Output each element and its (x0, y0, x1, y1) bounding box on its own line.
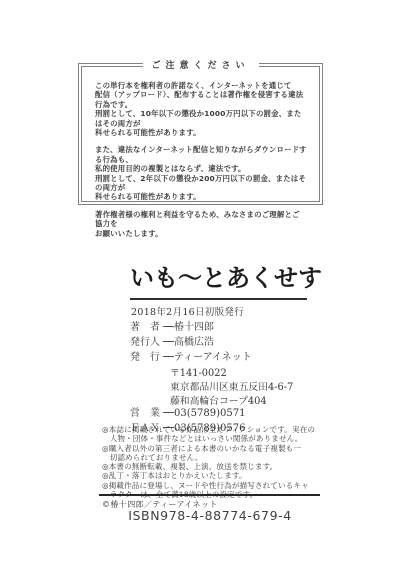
notice-paragraph-upload: この単行本を権利者の許諾なく、インターネットを通じて 配信（アップロード）、配布… (95, 81, 307, 137)
address-line-1: 東京都品川区東五反田4-6-7 (170, 381, 293, 395)
credit-row-publisher: 発 行──ティーアイネット (130, 351, 252, 366)
footer-divider (99, 494, 320, 496)
credit-label: 著 者 (130, 321, 162, 336)
notice-title: ご注意ください (142, 60, 258, 73)
legal-notes: ◎本誌に掲載されている作品は全てフィクションです。実在の 人物・団体・事件などと… (102, 425, 320, 499)
credit-label: 発 行 (130, 351, 162, 366)
notice-paragraph-request: 著作権者様の権利と利益を守るため、みなさまのご理解とご協力を お願いいたします。 (95, 210, 307, 238)
isbn-number: ISBN978-4-88774-679-4 (90, 508, 330, 523)
leader-dash: ── (162, 322, 174, 333)
credit-row-author: 著 者──椿十四郎 (130, 321, 252, 336)
postal-code: 〒141-0022 (170, 367, 293, 381)
credit-row-publisher-person: 発行人──高橋広浩 (130, 336, 252, 351)
contact-row-sales: 営 業──03(5789)0571 (130, 407, 245, 422)
notice-paragraph-download: また、違法なインターネット配信と知りながらダウンロードする行為も、 私的使用目的… (95, 145, 307, 201)
credit-label: 発行人 (130, 336, 162, 351)
contact-label: 営 業 (130, 407, 162, 422)
note-digital-copy: ◎購入者以外の第三者による本書のいかなる電子複製も一 切認められておりません。 (102, 444, 320, 463)
credit-value: 高橋広浩 (174, 337, 214, 348)
leader-dash: ── (162, 337, 174, 348)
note-characters-age: ◎掲載作品に登場し、ヌードや性行為が描写されているキャ ラクターは、全て満18歳… (102, 481, 320, 500)
note-fiction: ◎本誌に掲載されている作品は全てフィクションです。実在の 人物・団体・事件などと… (102, 425, 320, 444)
edition-date: 2018年2月16日初版発行 (131, 304, 244, 318)
title-divider (130, 298, 307, 300)
contact-value: 03(5789)0571 (174, 408, 245, 419)
copyright-notice-box: ご注意ください この単行本を権利者の許諾なく、インターネットを通じて 配信（アッ… (78, 63, 323, 205)
leader-dash: ── (162, 352, 174, 363)
publisher-address: 〒141-0022 東京都品川区東五反田4-6-7 藤和高輪台コープ404 (170, 367, 293, 410)
credit-value: ティーアイネット (174, 352, 252, 363)
credits-block: 著 者──椿十四郎 発行人──高橋広浩 発 行──ティーアイネット (130, 321, 252, 365)
colophon-page: ご注意ください この単行本を権利者の許諾なく、インターネットを通じて 配信（アッ… (0, 0, 400, 567)
credit-value: 椿十四郎 (174, 322, 214, 333)
leader-dash: ── (162, 408, 174, 419)
book-title: いも〜とあくせす (130, 266, 322, 290)
note-defective-copy: ◎乱丁・落丁本はおとりかえいたします。 (102, 471, 320, 480)
